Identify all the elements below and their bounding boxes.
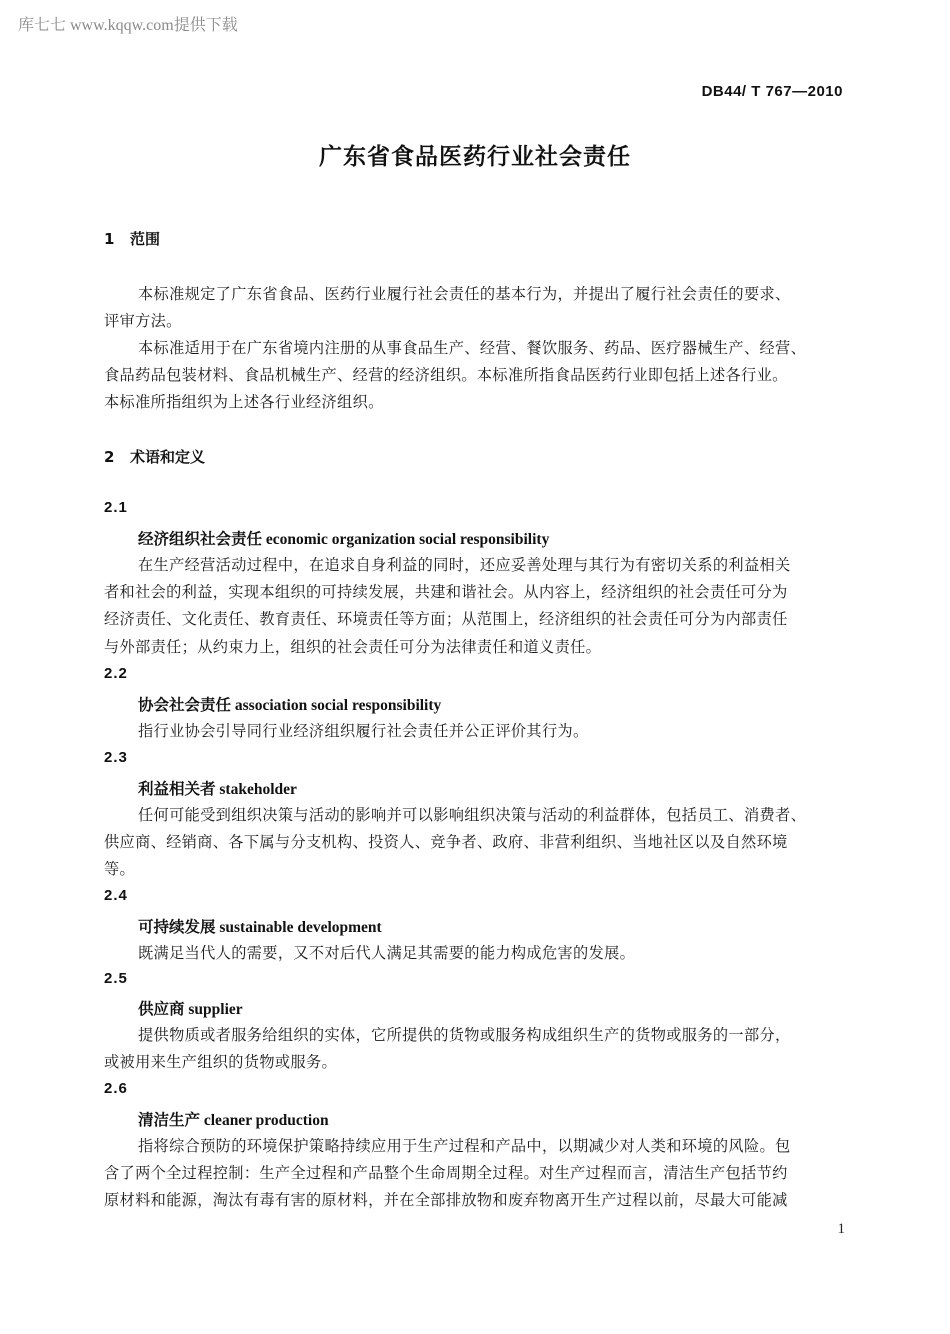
- definition-line: 等。: [104, 858, 135, 879]
- paragraph-line: 本标准所指组织为上述各行业经济组织。: [104, 391, 384, 412]
- clause-number: 2.2: [104, 665, 128, 682]
- definition-line: 供应商、经销商、各下属与分支机构、投资人、竞争者、政府、非营利组织、当地社区以及…: [104, 831, 788, 852]
- section-title: 术语和定义: [130, 448, 205, 466]
- definition-line: 任何可能受到组织决策与活动的影响并可以影响组织决策与活动的利益群体，包括员工、消…: [138, 804, 806, 825]
- term-heading: 清洁生产 cleaner production: [138, 1108, 329, 1130]
- definition-line: 提供物质或者服务给组织的实体，它所提供的货物或服务构成组织生产的货物或服务的一部…: [138, 1024, 791, 1045]
- definition-line: 与外部责任；从约束力上，组织的社会责任可分为法律责任和道义责任。: [104, 636, 601, 657]
- clause-number: 2.3: [104, 749, 128, 766]
- watermark: 库七七 www.kqqw.com提供下载: [18, 12, 238, 35]
- paragraph-line: 评审方法。: [104, 310, 182, 331]
- clause-number: 2.6: [104, 1080, 128, 1097]
- section-heading-terms: 2术语和定义: [104, 446, 205, 467]
- document-title: 广东省食品医药行业社会责任: [0, 138, 950, 171]
- page-number: 1: [838, 1221, 846, 1238]
- clause-number: 2.1: [104, 499, 128, 516]
- term-heading: 供应商 supplier: [138, 997, 243, 1019]
- document-number: DB44/ T 767—2010: [702, 83, 843, 100]
- term-heading: 利益相关者 stakeholder: [138, 777, 297, 799]
- definition-line: 指行业协会引导同行业经济组织履行社会责任并公正评价其行为。: [138, 720, 589, 741]
- section-number: 2: [104, 448, 130, 466]
- section-heading-scope: 1范围: [104, 228, 160, 249]
- section-title: 范围: [130, 230, 160, 248]
- clause-number: 2.5: [104, 970, 128, 987]
- term-heading: 协会社会责任 association social responsibility: [138, 693, 441, 715]
- section-number: 1: [104, 230, 130, 248]
- definition-line: 者和社会的利益，实现本组织的可持续发展，共建和谐社会。从内容上，经济组织的社会责…: [104, 581, 788, 602]
- paragraph-line: 本标准适用于在广东省境内注册的从事食品生产、经营、餐饮服务、药品、医疗器械生产、…: [138, 337, 806, 358]
- paragraph-line: 本标准规定了广东省食品、医药行业履行社会责任的基本行为，并提出了履行社会责任的要…: [138, 283, 791, 304]
- term-heading: 经济组织社会责任 economic organization social re…: [138, 527, 549, 549]
- definition-line: 指将综合预防的环境保护策略持续应用于生产过程和产品中，以期减少对人类和环境的风险…: [138, 1135, 791, 1156]
- paragraph-line: 食品药品包装材料、食品机械生产、经营的经济组织。本标准所指食品医药行业即包括上述…: [104, 364, 788, 385]
- definition-line: 含了两个全过程控制：生产全过程和产品整个生命周期全过程。对生产过程而言，清洁生产…: [104, 1162, 788, 1183]
- clause-number: 2.4: [104, 887, 128, 904]
- definition-line: 或被用来生产组织的货物或服务。: [104, 1051, 337, 1072]
- definition-line: 在生产经营活动过程中，在追求自身利益的同时，还应妥善处理与其行为有密切关系的利益…: [138, 554, 791, 575]
- definition-line: 原材料和能源，淘汰有毒有害的原材料，并在全部排放物和废弃物离开生产过程以前，尽最…: [104, 1189, 788, 1210]
- term-heading: 可持续发展 sustainable development: [138, 915, 382, 937]
- definition-line: 经济责任、文化责任、教育责任、环境责任等方面；从范围上，经济组织的社会责任可分为…: [104, 608, 788, 629]
- definition-line: 既满足当代人的需要，又不对后代人满足其需要的能力构成危害的发展。: [138, 942, 635, 963]
